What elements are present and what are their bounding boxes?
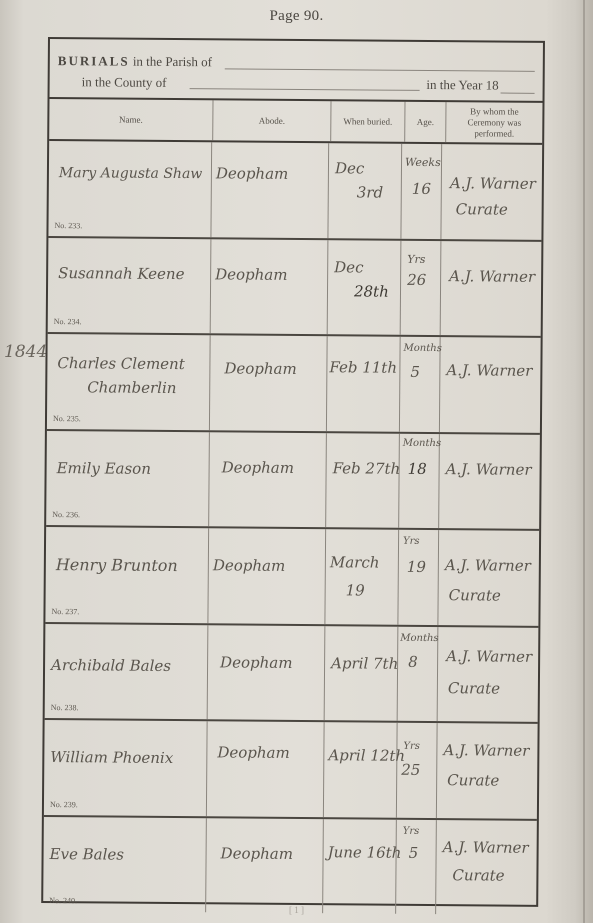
cell-when: March19	[325, 529, 399, 624]
cell-by-whom: A.J. WarnerCurate	[441, 144, 542, 239]
cell-age: Yrs26	[401, 240, 442, 335]
cell-name: Mary Augusta Shaw No. 233.	[48, 141, 212, 237]
cell-by-whom: A.J. WarnerCurate	[436, 820, 537, 915]
footer-mark: [ 1 ]	[0, 905, 593, 915]
entry-name: Archibald Bales	[51, 656, 171, 675]
cell-name: Henry Brunton No. 237.	[45, 527, 209, 623]
entry-number: No. 239.	[50, 800, 78, 809]
entry-abode: Deopham	[216, 164, 289, 183]
year-field	[501, 93, 535, 94]
entry-number: No. 236.	[52, 510, 80, 519]
parish-label: BURIALS in the Parish of	[58, 53, 212, 70]
column-headers: Name. Abode. When buried. Age. By whom t…	[49, 99, 542, 145]
cell-age: Yrs25	[397, 723, 438, 818]
entry-number: No. 235.	[53, 414, 81, 423]
cell-abode: Deopham	[208, 625, 326, 720]
column-header-when-buried: When buried.	[331, 101, 405, 142]
cell-abode: Deopham	[210, 335, 328, 430]
table-row: William Phoenix No. 239. Deopham April 1…	[44, 720, 538, 820]
table-row: Eve Bales No. 240. Deopham June 16th Yrs…	[43, 816, 537, 914]
column-header-name: Name.	[49, 99, 213, 140]
cell-when: April 12th	[324, 722, 398, 817]
entry-number: No. 234.	[54, 317, 82, 326]
cell-when: June 16th	[323, 819, 397, 914]
cell-name: Eve Bales No. 240.	[43, 816, 207, 912]
cell-name: Susannah Keene No. 234.	[48, 238, 212, 334]
margin-year-note: 1844	[4, 342, 47, 362]
cell-by-whom: A.J. Warner	[440, 337, 541, 432]
cell-name: William Phoenix No. 239.	[44, 720, 208, 816]
book-spine-edge	[583, 0, 585, 923]
entry-name: William Phoenix	[50, 748, 173, 767]
entry-name: Mary Augusta Shaw	[59, 165, 203, 182]
county-field	[190, 88, 420, 91]
column-header-abode: Abode.	[213, 100, 331, 141]
cell-abode: Deopham	[209, 432, 327, 527]
cell-name: Charles Clement Chamberlin No. 235.	[47, 334, 211, 430]
table-row: Susannah Keene No. 234. Deopham Dec28th …	[48, 238, 542, 338]
entry-number: No. 238.	[51, 703, 79, 712]
burial-register-table: BURIALS in the Parish of in the County o…	[41, 37, 545, 907]
cell-age: Yrs19	[398, 530, 439, 625]
cell-age: Yrs5	[396, 819, 437, 914]
table-row: Charles Clement Chamberlin No. 235. Deop…	[47, 334, 541, 434]
page-title: Page 90.	[0, 8, 593, 25]
table-row: Archibald Bales No. 238. Deopham April 7…	[45, 623, 539, 723]
cell-by-whom: A.J. WarnerCurate	[438, 530, 539, 625]
entry-number: No. 237.	[51, 607, 79, 616]
entries-list: Mary Augusta Shaw No. 233. Deopham Dec3r…	[43, 141, 542, 915]
entry-name: Emily Eason	[57, 459, 151, 478]
cell-by-whom: A.J. WarnerCurate	[438, 627, 539, 722]
cell-when: Feb 11th	[327, 336, 401, 431]
cell-by-whom: A.J. Warner	[441, 241, 542, 336]
cell-abode: Deopham	[211, 142, 329, 237]
table-row: Mary Augusta Shaw No. 233. Deopham Dec3r…	[48, 141, 542, 241]
cell-by-whom: A.J. WarnerCurate	[437, 723, 538, 818]
cell-name: Archibald Bales No. 238.	[45, 623, 209, 719]
entry-name: Charles Clement	[57, 354, 184, 373]
cell-age: Weeks16	[401, 144, 442, 239]
cell-when: Dec28th	[328, 240, 402, 335]
cell-when: Feb 27th	[326, 433, 400, 528]
cell-abode: Deopham	[206, 818, 324, 913]
cell-when: Dec3rd	[328, 143, 402, 238]
entry-name: Eve Bales	[50, 845, 125, 864]
cell-when: April 7th	[325, 626, 399, 721]
entry-name: Henry Brunton	[56, 555, 178, 575]
cell-age: Months18	[399, 433, 440, 528]
entry-number: No. 233.	[54, 221, 82, 230]
cell-by-whom: A.J. Warner	[439, 434, 540, 529]
cell-age: Months8	[398, 626, 439, 721]
parish-field	[225, 68, 535, 71]
column-header-by-whom: By whom the Ceremony was performed.	[446, 102, 542, 143]
cell-age: Months5	[400, 337, 441, 432]
cell-name: Emily Eason No. 236.	[46, 431, 210, 527]
cell-abode: Deopham	[208, 528, 326, 623]
entry-number: No. 240.	[49, 896, 77, 905]
table-row: Henry Brunton No. 237. Deopham March19 Y…	[45, 527, 539, 627]
county-label: in the County of	[82, 74, 167, 91]
entry-name: Susannah Keene	[58, 264, 185, 283]
register-header: BURIALS in the Parish of in the County o…	[50, 39, 543, 103]
column-header-age: Age.	[405, 102, 446, 142]
cell-abode: Deopham	[211, 239, 329, 334]
year-label: in the Year 18	[426, 77, 498, 94]
table-row: Emily Eason No. 236. Deopham Feb 27th Mo…	[46, 431, 540, 531]
cell-abode: Deopham	[207, 721, 325, 816]
